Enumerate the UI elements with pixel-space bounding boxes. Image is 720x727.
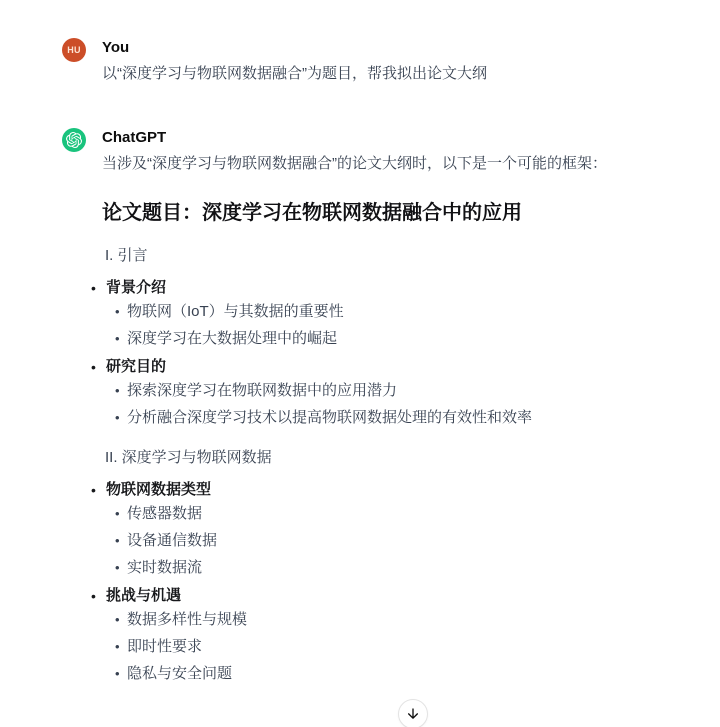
outline-item-title: 研究目的 <box>106 358 166 375</box>
outline-subitem: 分析融合深度学习技术以提高物联网数据处理的有效性和效率 <box>127 406 664 430</box>
outline-item-title: 背景介绍 <box>106 279 166 296</box>
user-avatar-initials: HU <box>67 46 80 55</box>
assistant-avatar <box>62 128 86 152</box>
assistant-name: ChatGPT <box>102 128 664 148</box>
outline-subitem: 实时数据流 <box>127 556 664 580</box>
openai-logo-icon <box>66 132 82 148</box>
outline-subitem: 物联网（IoT）与其数据的重要性 <box>127 300 664 324</box>
outline-sublist: 数据多样性与规模即时性要求隐私与安全问题 <box>106 608 664 686</box>
outline-subitem: 深度学习在大数据处理中的崛起 <box>127 327 664 351</box>
user-message-text: 以“深度学习与物联网数据融合”为题目，帮我拟出论文大纲 <box>102 62 664 86</box>
outline-list: 物联网数据类型传感器数据设备通信数据实时数据流挑战与机遇数据多样性与规模即时性要… <box>102 478 664 686</box>
arrow-down-icon <box>405 706 421 722</box>
outline-sublist: 物联网（IoT）与其数据的重要性深度学习在大数据处理中的崛起 <box>106 300 664 351</box>
outline-list: 背景介绍物联网（IoT）与其数据的重要性深度学习在大数据处理中的崛起研究目的探索… <box>102 276 664 430</box>
outline-sublist: 传感器数据设备通信数据实时数据流 <box>106 502 664 580</box>
outline-subitem: 探索深度学习在物联网数据中的应用潜力 <box>127 379 664 403</box>
outline-subitem: 设备通信数据 <box>127 529 664 553</box>
outline-subitem: 即时性要求 <box>127 635 664 659</box>
conversation: HU You 以“深度学习与物联网数据融合”为题目，帮我拟出论文大纲 ChatG… <box>0 0 720 690</box>
user-name: You <box>102 38 664 58</box>
user-avatar: HU <box>62 38 86 62</box>
assistant-message: ChatGPT 当涉及“深度学习与物联网数据融合”的论文大纲时，以下是一个可能的… <box>0 128 720 690</box>
scroll-to-bottom-button[interactable] <box>398 699 428 727</box>
outline-item-title: 物联网数据类型 <box>106 481 211 498</box>
outline-item: 背景介绍物联网（IoT）与其数据的重要性深度学习在大数据处理中的崛起 <box>106 276 664 351</box>
outline-section-label: I. 引言 <box>102 244 664 268</box>
outline-subitem: 隐私与安全问题 <box>127 662 664 686</box>
outline-item-title: 挑战与机遇 <box>106 587 181 604</box>
assistant-intro: 当涉及“深度学习与物联网数据融合”的论文大纲时，以下是一个可能的框架： <box>102 152 664 176</box>
outline-subitem: 数据多样性与规模 <box>127 608 664 632</box>
outline-subitem: 传感器数据 <box>127 502 664 526</box>
outline-item: 研究目的探索深度学习在物联网数据中的应用潜力分析融合深度学习技术以提高物联网数据… <box>106 355 664 430</box>
outline-item: 物联网数据类型传感器数据设备通信数据实时数据流 <box>106 478 664 580</box>
outline-sublist: 探索深度学习在物联网数据中的应用潜力分析融合深度学习技术以提高物联网数据处理的有… <box>106 379 664 430</box>
outline-section-label: II. 深度学习与物联网数据 <box>102 446 664 470</box>
outline-item: 挑战与机遇数据多样性与规模即时性要求隐私与安全问题 <box>106 584 664 686</box>
outline-title: 论文题目：深度学习在物联网数据融合中的应用 <box>102 198 664 228</box>
user-message: HU You 以“深度学习与物联网数据融合”为题目，帮我拟出论文大纲 <box>0 38 720 86</box>
outline: I. 引言背景介绍物联网（IoT）与其数据的重要性深度学习在大数据处理中的崛起研… <box>102 244 664 686</box>
